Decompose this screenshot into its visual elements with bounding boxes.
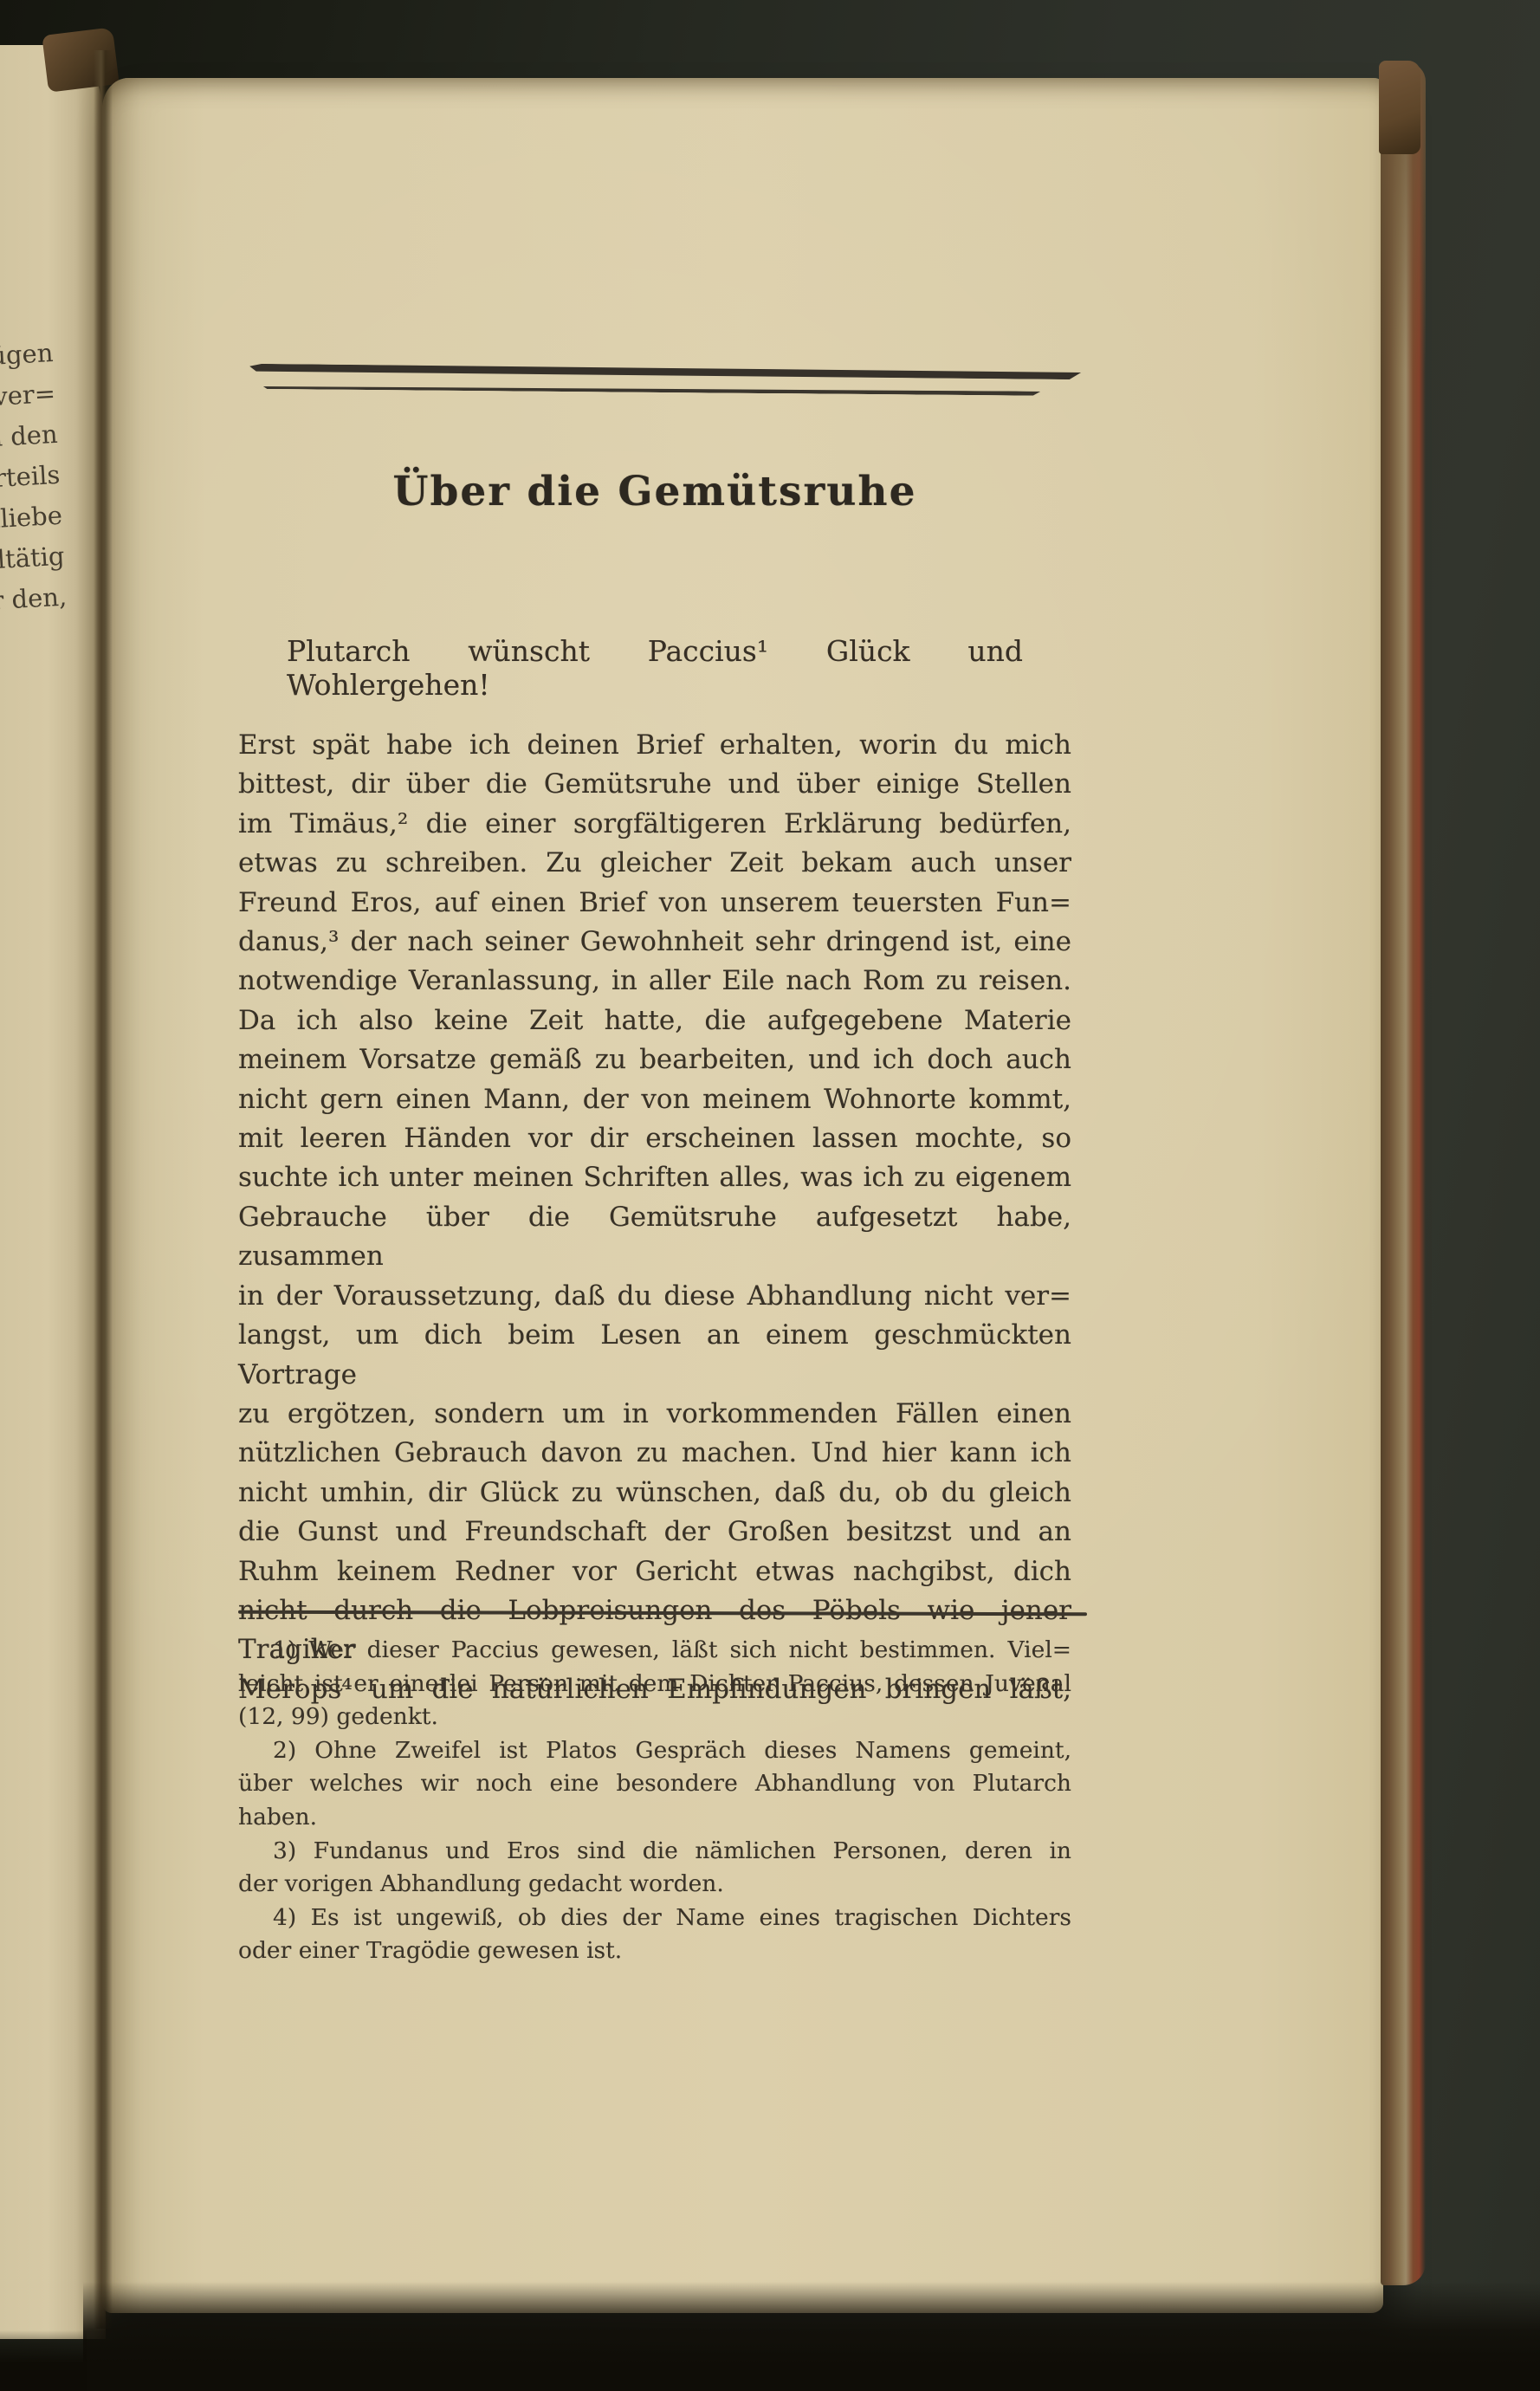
page-title: Über die Gemütsruhe bbox=[238, 468, 1071, 515]
body-line: langst, um dich beim Lesen an einem gesc… bbox=[238, 1316, 1071, 1395]
body-line: notwendige Veranlassung, in aller Eile n… bbox=[238, 962, 1071, 1001]
body-line: Da ich also keine Zeit hatte, die aufgeg… bbox=[238, 1001, 1071, 1040]
body-line: bittest, dir über die Gemütsruhe und übe… bbox=[238, 765, 1071, 804]
body-line: im Timäus,² die einer sorgfältigeren Erk… bbox=[238, 805, 1071, 844]
body-line: Freund Eros, auf einen Brief von unserem… bbox=[238, 884, 1071, 923]
body-line: mit leeren Händen vor dir erscheinen las… bbox=[238, 1119, 1071, 1158]
footnote-line: 4) Es ist ungewiß, ob dies der Name eine… bbox=[238, 1902, 1071, 1935]
opposite-page-text-fragment: enliebe bbox=[0, 496, 63, 541]
opposite-page-text-fragment: r den, bbox=[0, 577, 68, 622]
footnotes: 1) Wer dieser Paccius gewesen, läßt sich… bbox=[238, 1634, 1071, 1968]
footnote-line: der vorigen Abhandlung gedacht worden. bbox=[238, 1868, 1071, 1902]
opposite-page-text-fragment: gnügen bbox=[0, 333, 55, 379]
body-line: Erst spät habe ich deinen Brief erhalten… bbox=[238, 726, 1071, 765]
footnote-line: 3) Fundanus und Eros sind die nämlichen … bbox=[238, 1835, 1071, 1869]
book-page: Über die Gemütsruhe Plutarch wünscht Pac… bbox=[102, 78, 1383, 2313]
body-line: zu ergötzen, sondern um in vorkommenden … bbox=[238, 1395, 1071, 1434]
body-text: Erst spät habe ich deinen Brief erhalten… bbox=[238, 726, 1071, 1709]
footnote-line: 2) Ohne Zweifel ist Platos Gespräch dies… bbox=[238, 1734, 1071, 1768]
footnote-line: über welches wir noch eine besondere Abh… bbox=[238, 1767, 1071, 1834]
body-line: meinem Vorsatze gemäß zu bearbeiten, und… bbox=[238, 1040, 1071, 1079]
ornament-rule-thin bbox=[263, 385, 1041, 396]
body-line: nicht gern einen Mann, der von meinem Wo… bbox=[238, 1080, 1071, 1119]
salutation-line: Plutarch wünscht Paccius¹ Glück und Wohl… bbox=[238, 634, 1071, 702]
gutter-fold-shadow bbox=[94, 50, 113, 2329]
opposite-page-text-fragment: e ver= bbox=[0, 373, 56, 418]
opposite-page-text-fragment: ch den bbox=[0, 414, 59, 459]
footnote-line: (12, 99) gedenkt. bbox=[238, 1701, 1071, 1734]
footnote-line: oder einer Tragödie gewesen ist. bbox=[238, 1934, 1071, 1968]
book-cover-corner-top-right bbox=[1379, 61, 1420, 154]
body-line: die Gunst und Freundschaft der Großen be… bbox=[238, 1513, 1071, 1552]
body-line: danus,³ der nach seiner Gewohnheit sehr … bbox=[238, 923, 1071, 962]
book-bottom-shadow-left bbox=[0, 2330, 87, 2391]
opposite-page-sliver: gnügene ver=ch denUrteilsenliebeltätigr … bbox=[0, 45, 106, 2339]
book-page-edges-right bbox=[1381, 62, 1426, 2285]
body-line: nicht umhin, dir Glück zu wünschen, daß … bbox=[238, 1474, 1071, 1513]
footnote-line: 1) Wer dieser Paccius gewesen, läßt sich… bbox=[238, 1634, 1071, 1668]
opposite-page-text-fragment: Urteils bbox=[0, 455, 61, 501]
body-line: nützlichen Gebrauch davon zu machen. Und… bbox=[238, 1434, 1071, 1473]
body-line: suchte ich unter meinen Schriften alles,… bbox=[238, 1158, 1071, 1197]
body-line: in der Voraussetzung, daß du diese Abhan… bbox=[238, 1277, 1071, 1316]
body-line: Gebrauche über die Gemütsruhe aufgesetzt… bbox=[238, 1198, 1071, 1277]
opposite-page-text-fragment: ltätig bbox=[0, 536, 66, 580]
body-line: Ruhm keinem Redner vor Gericht etwas nac… bbox=[238, 1552, 1071, 1591]
photo-background: gnügene ver=ch denUrteilsenliebeltätigr … bbox=[0, 0, 1540, 2391]
ornament-rule-thick bbox=[249, 364, 1081, 379]
opposite-page-text-fragments: gnügene ver=ch denUrteilsenliebeltätigr … bbox=[0, 333, 68, 622]
body-line: etwas zu schreiben. Zu gleicher Zeit bek… bbox=[238, 844, 1071, 883]
footnote-line: leicht ist er einerlei Person mit dem Di… bbox=[238, 1668, 1071, 1701]
double-rule-ornament bbox=[249, 364, 1081, 396]
